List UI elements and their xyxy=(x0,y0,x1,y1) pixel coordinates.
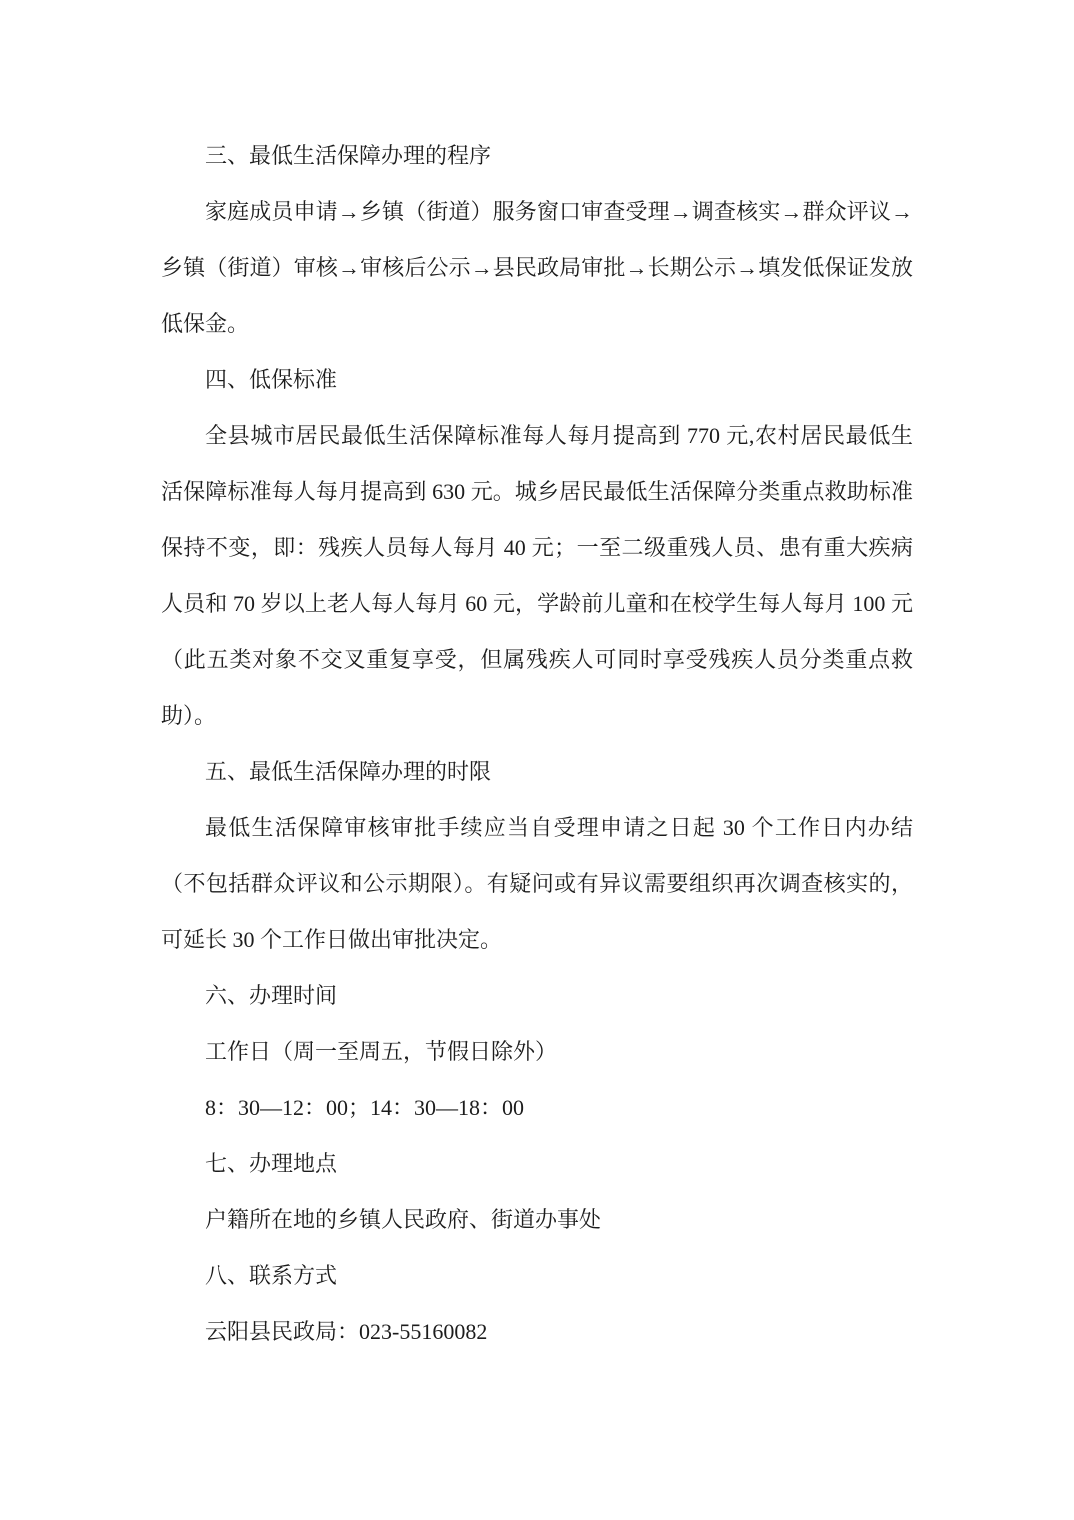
heading-section-6-office-time: 六、办理时间 xyxy=(161,968,913,1024)
paragraph-standards-detail: 全县城市居民最低生活保障标准每人每月提高到 770 元,农村居民最低生活保障标准… xyxy=(161,408,913,744)
heading-section-8-contact: 八、联系方式 xyxy=(161,1248,913,1304)
paragraph-location-detail: 户籍所在地的乡镇人民政府、街道办事处 xyxy=(161,1192,913,1248)
paragraph-office-hours: 8：30—12：00；14：30—18：00 xyxy=(161,1080,913,1136)
heading-section-3-procedure: 三、最低生活保障办理的程序 xyxy=(161,128,913,184)
paragraph-contact-phone: 云阳县民政局：023-55160082 xyxy=(161,1304,913,1360)
heading-section-5-time-limit: 五、最低生活保障办理的时限 xyxy=(161,744,913,800)
paragraph-time-limit-detail: 最低生活保障审核审批手续应当自受理申请之日起 30 个工作日内办结（不包括群众评… xyxy=(161,800,913,968)
heading-section-7-location: 七、办理地点 xyxy=(161,1136,913,1192)
document-text-block: 三、最低生活保障办理的程序 家庭成员申请→乡镇（街道）服务窗口审查受理→调查核实… xyxy=(161,128,913,1360)
paragraph-working-days: 工作日（周一至周五，节假日除外） xyxy=(161,1024,913,1080)
document-page: 三、最低生活保障办理的程序 家庭成员申请→乡镇（街道）服务窗口审查受理→调查核实… xyxy=(0,0,1074,1520)
heading-section-4-standards: 四、低保标准 xyxy=(161,352,913,408)
paragraph-procedure-flow: 家庭成员申请→乡镇（街道）服务窗口审查受理→调查核实→群众评议→乡镇（街道）审核… xyxy=(161,184,913,352)
